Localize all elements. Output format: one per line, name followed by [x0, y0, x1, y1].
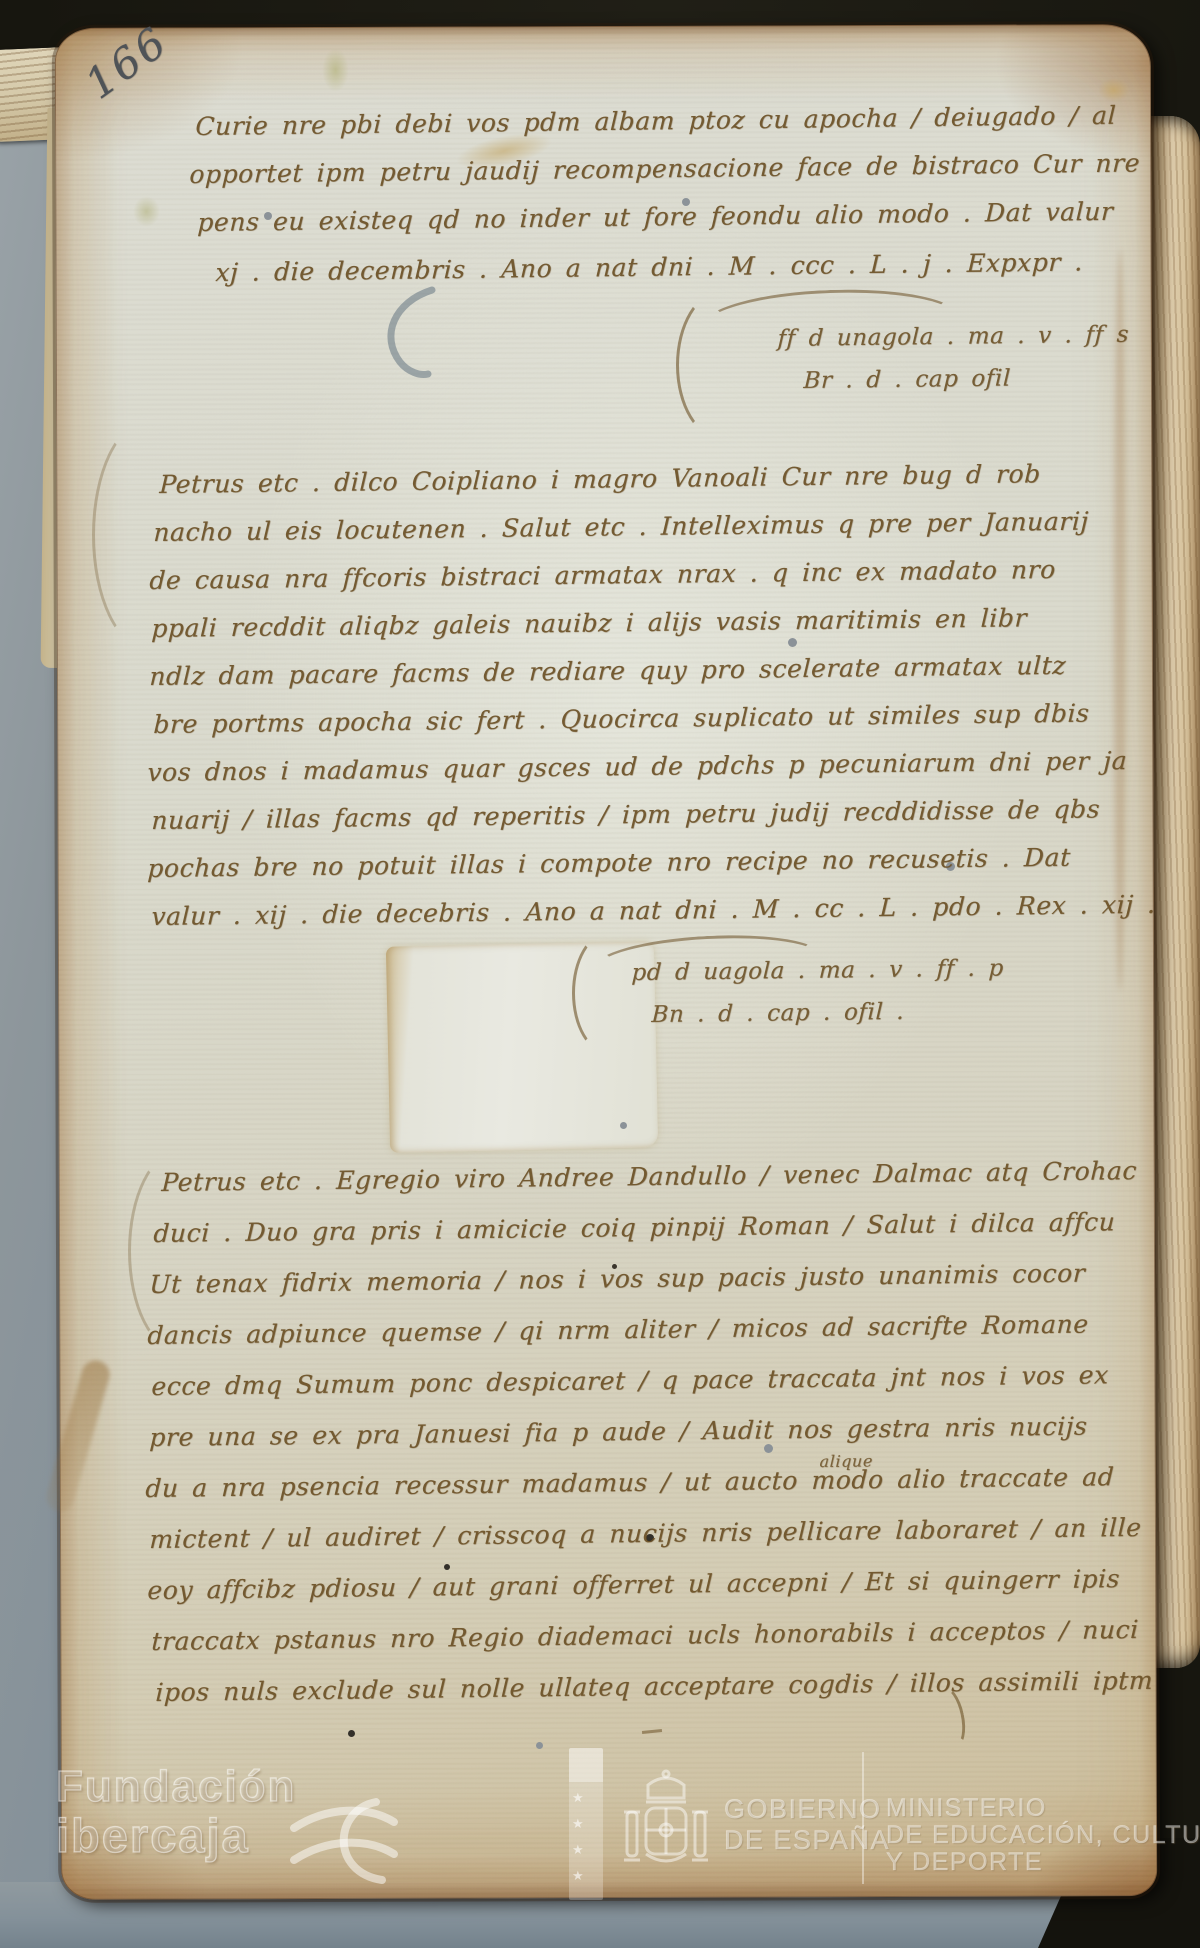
speck [764, 1444, 773, 1453]
speck [348, 1730, 355, 1737]
signature-line: Br . d . cap ofil [803, 365, 1011, 394]
speck [536, 1742, 543, 1749]
speck [444, 1564, 450, 1570]
signature-line: pd d uagola . ma . v . ff . p [631, 955, 1004, 986]
gray-ink-smudge [366, 284, 452, 386]
speck [788, 638, 797, 647]
manuscript-photo: 166 Curie nre pbi debi vos pdm albam pto… [0, 0, 1200, 1948]
signature-line: ff d unagola . ma . v . ff s [777, 322, 1130, 352]
speck [620, 1122, 627, 1129]
signature-line: Bn . d . cap . ofil . [651, 999, 905, 1028]
